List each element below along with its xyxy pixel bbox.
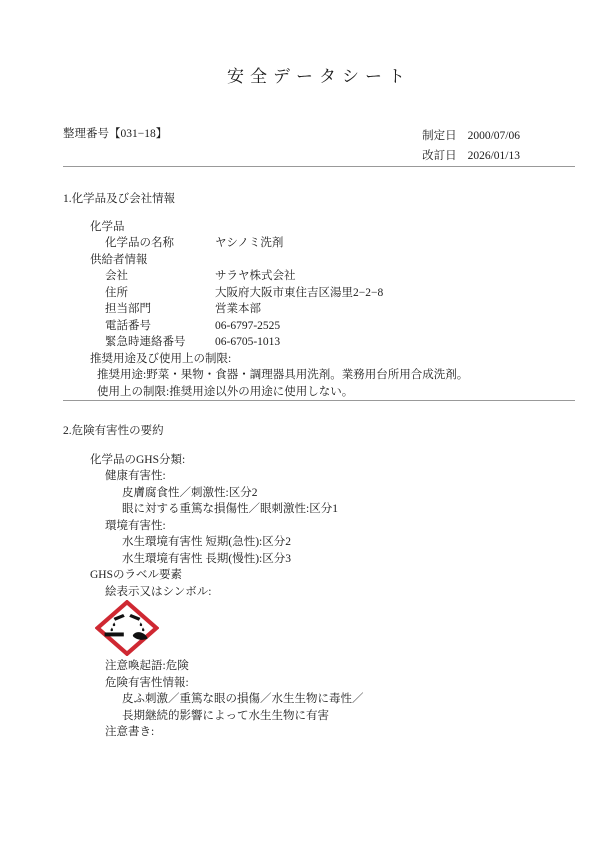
revised-date: 2026/01/13 [468, 150, 520, 162]
field-row-emergency-phone: 緊急時連絡番号06-6705-1013 [105, 334, 575, 351]
field-label: 電話番号 [105, 318, 215, 335]
precautionary-statements-label: 注意書き: [105, 724, 575, 741]
section-divider [63, 166, 575, 167]
environmental-hazard-item: 水生環境有害性 短期(急性):区分2 [122, 534, 575, 551]
document-meta: 整理番号【031−18】 制定日2000/07/06 改訂日2026/01/13 [63, 126, 575, 166]
ghs-label-elements-label: GHSのラベル要素 [90, 567, 575, 584]
health-hazards-label: 健康有害性: [105, 468, 575, 485]
field-label: 緊急時連絡番号 [105, 334, 215, 351]
environmental-hazard-item: 水生環境有害性 長期(慢性):区分3 [122, 551, 575, 568]
revised-date-row: 改訂日2026/01/13 [422, 146, 520, 166]
usage-group-label: 推奨用途及び使用上の制限: [90, 351, 575, 368]
section-2-heading: 2.危険有害性の要約 [63, 423, 575, 440]
field-value: サラヤ株式会社 [215, 268, 296, 285]
field-label: 担当部門 [105, 301, 215, 318]
field-row-company: 会社サラヤ株式会社 [105, 268, 575, 285]
field-value: ヤシノミ洗剤 [215, 235, 283, 252]
pictogram-diamond-border [98, 602, 157, 654]
section-2-hazards: 2.危険有害性の要約 化学品のGHS分類: 健康有害性: 皮膚腐食性／刺激性:区… [63, 423, 575, 741]
pictogram-label: 絵表示又はシンボル: [105, 584, 575, 601]
field-label: 住所 [105, 285, 215, 302]
section-1-identification: 1.化学品及び会社情報 化学品 化学品の名称ヤシノミ洗剤 供給者情報 会社サラヤ… [63, 191, 575, 400]
ghs05-corrosion-pictogram-icon [95, 600, 159, 656]
field-value: 営業本部 [215, 301, 261, 318]
date-block: 制定日2000/07/06 改訂日2026/01/13 [422, 126, 520, 166]
established-label: 制定日 [422, 130, 457, 142]
field-value: 06-6797-2525 [215, 318, 280, 335]
field-label: 会社 [105, 268, 215, 285]
environmental-hazards-label: 環境有害性: [105, 518, 575, 535]
hazard-statements-label: 危険有害性情報: [105, 675, 575, 692]
field-value: 06-6705-1013 [215, 334, 280, 351]
recommended-use-line: 推奨用途:野菜・果物・食器・調理器具用洗剤。業務用台所用合成洗剤。 [97, 367, 575, 384]
signal-word-line: 注意喚起語:危険 [105, 658, 575, 675]
reference-number: 整理番号【031−18】 [63, 126, 167, 142]
field-row-address: 住所大阪府大阪市東住吉区湯里2−2−8 [105, 285, 575, 302]
hazard-statement-line: 長期継続的影響によって水生生物に有害 [122, 708, 575, 725]
supplier-group-label: 供給者情報 [90, 252, 575, 269]
document-title: 安全データシート [63, 0, 575, 88]
section-divider [63, 400, 575, 401]
field-row-department: 担当部門営業本部 [105, 301, 575, 318]
chemical-group-label: 化学品 [90, 219, 575, 236]
established-date-row: 制定日2000/07/06 [422, 126, 520, 146]
established-date: 2000/07/06 [468, 130, 520, 142]
field-label: 化学品の名称 [105, 235, 215, 252]
health-hazard-item: 皮膚腐食性／刺激性:区分2 [122, 485, 575, 502]
sds-page: 安全データシート 整理番号【031−18】 制定日2000/07/06 改訂日2… [0, 0, 595, 842]
health-hazard-item: 眼に対する重篤な損傷性／眼刺激性:区分1 [122, 501, 575, 518]
ghs-classification-label: 化学品のGHS分類: [90, 452, 575, 469]
field-value: 大阪府大阪市東住吉区湯里2−2−8 [215, 285, 383, 302]
field-row-phone: 電話番号06-6797-2525 [105, 318, 575, 335]
hazard-statement-line: 皮ふ刺激／重篤な眼の損傷／水生生物に毒性／ [122, 691, 575, 708]
use-restriction-line: 使用上の制限:推奨用途以外の用途に使用しない。 [97, 384, 575, 401]
field-row-chemical-name: 化学品の名称ヤシノミ洗剤 [105, 235, 575, 252]
section-1-heading: 1.化学品及び会社情報 [63, 191, 575, 208]
revised-label: 改訂日 [422, 150, 457, 162]
